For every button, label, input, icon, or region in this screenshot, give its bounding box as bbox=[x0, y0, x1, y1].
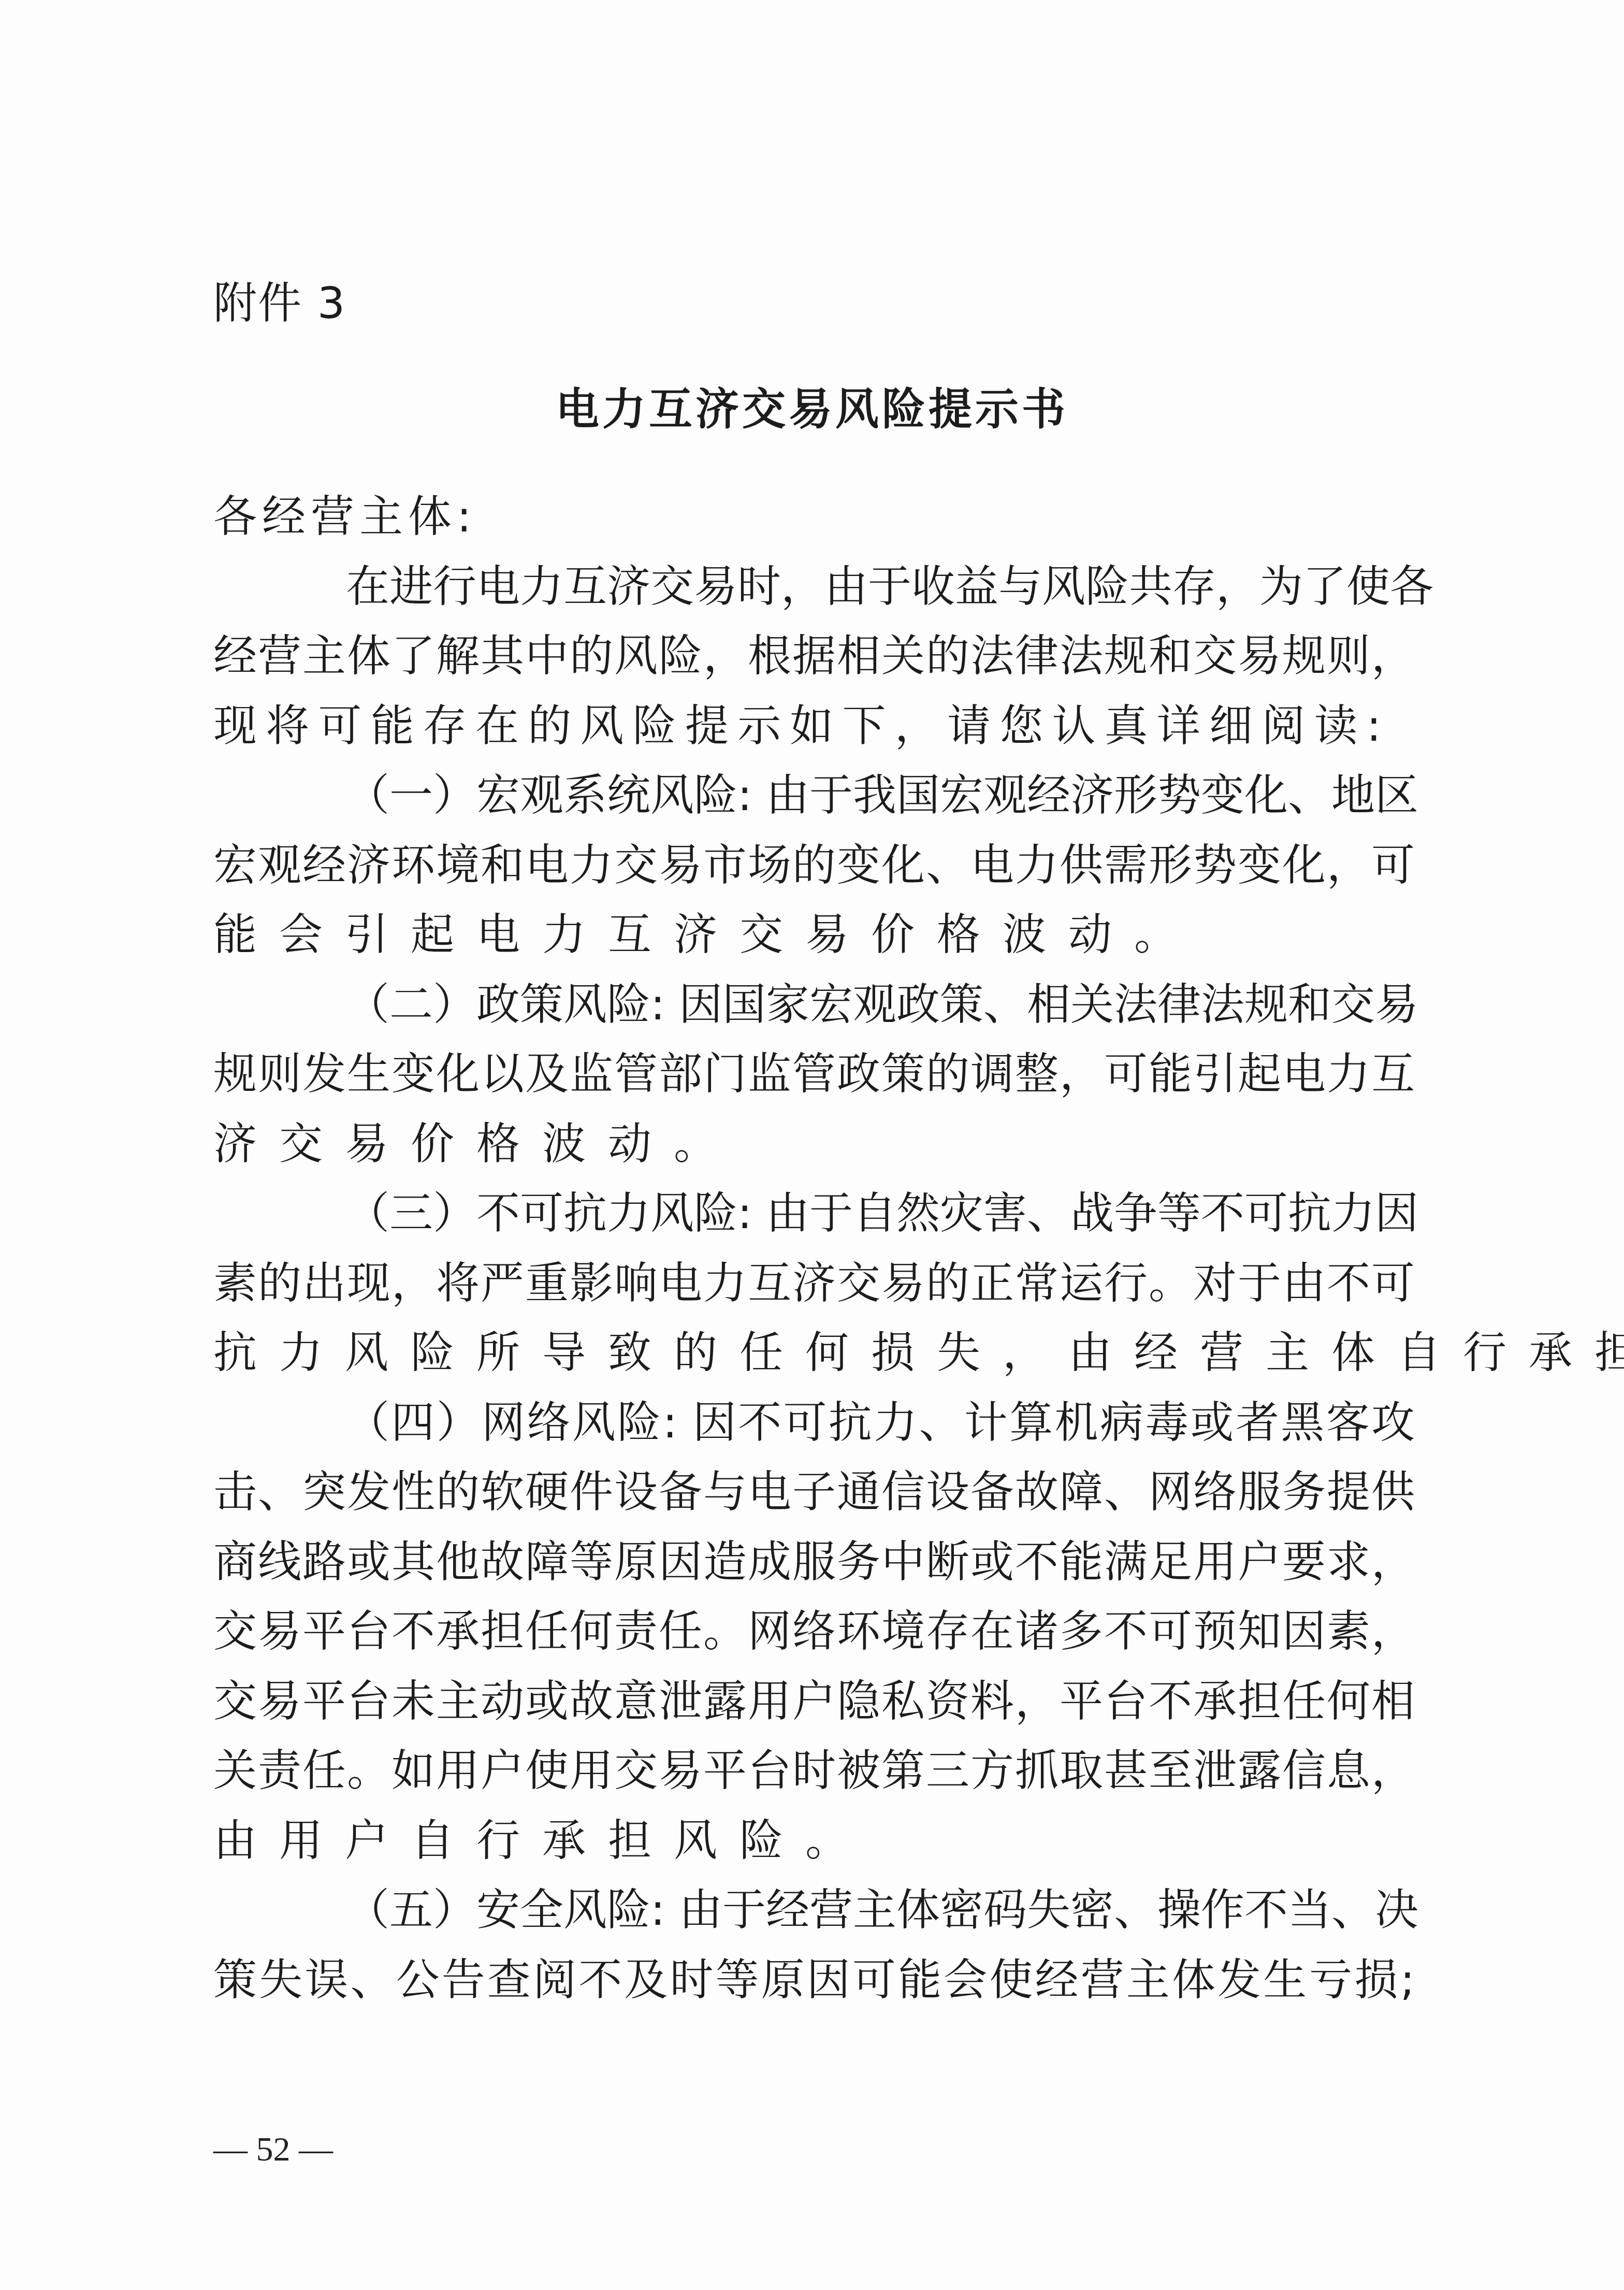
paragraph-line: 宏观经济环境和电力交易市场的变化、电力供需形势变化，可 bbox=[213, 830, 1415, 900]
risk-item-policy: （二）政策风险: 因国家宏观政策、相关法律法规和交易 规则发生变化以及监管部门监… bbox=[213, 970, 1415, 1179]
paragraph-line: 规则发生变化以及监管部门监管政策的调整，可能引起电力互 bbox=[213, 1039, 1415, 1109]
risk-item-network: （四）网络风险: 因不可抗力、计算机病毒或者黑客攻 击、突发性的软硬件设备与电子… bbox=[213, 1388, 1415, 1876]
document-title: 电力互济交易风险提示书 bbox=[0, 381, 1624, 438]
attachment-label: 附件 3 bbox=[213, 275, 346, 332]
salutation: 各经营主体: bbox=[213, 482, 1415, 552]
paragraph-line: 交易平台不承担任何责任。网络环境存在诸多不可预知因素， bbox=[213, 1596, 1415, 1666]
document-page: 附件 3 电力互济交易风险提示书 各经营主体: 在进行电力互济交易时，由于收益与… bbox=[0, 0, 1624, 2290]
paragraph-line: 由用户自行承担风险。 bbox=[213, 1806, 1415, 1876]
paragraph-line: 关责任。如用户使用交易平台时被第三方抓取甚至泄露信息， bbox=[213, 1736, 1415, 1806]
intro-paragraph: 在进行电力互济交易时，由于收益与风险共存，为了使各 经营主体了解其中的风险，根据… bbox=[213, 552, 1415, 761]
page-number: — 52 — bbox=[213, 2129, 333, 2170]
risk-item-security: （五）安全风险: 由于经营主体密码失密、操作不当、决 策失误、公告查阅不及时等原… bbox=[213, 1875, 1415, 2014]
paragraph-line: 商线路或其他故障等原因造成服务中断或不能满足用户要求， bbox=[213, 1527, 1415, 1597]
paragraph-line: 在进行电力互济交易时，由于收益与风险共存，为了使各 bbox=[213, 552, 1415, 622]
paragraph-line: 素的出现，将严重影响电力互济交易的正常运行。对于由不可 bbox=[213, 1248, 1415, 1318]
paragraph-line: （三）不可抗力风险: 由于自然灾害、战争等不可抗力因 bbox=[213, 1178, 1415, 1248]
paragraph-line: 能会引起电力互济交易价格波动。 bbox=[213, 900, 1415, 970]
paragraph-line: 现将可能存在的风险提示如下，请您认真详细阅读: bbox=[213, 691, 1381, 761]
paragraph-line: 策失误、公告查阅不及时等原因可能会使经营主体发生亏损; bbox=[213, 1945, 1415, 2015]
document-body: 各经营主体: 在进行电力互济交易时，由于收益与风险共存，为了使各 经营主体了解其… bbox=[213, 482, 1415, 2014]
risk-item-force-majeure: （三）不可抗力风险: 由于自然灾害、战争等不可抗力因 素的出现，将严重影响电力互… bbox=[213, 1178, 1415, 1388]
paragraph-line: 抗力风险所导致的任何损失，由经营主体自行承担。 bbox=[213, 1318, 1415, 1388]
paragraph-line: （一）宏观系统风险: 由于我国宏观经济形势变化、地区 bbox=[213, 760, 1415, 830]
paragraph-line: （四）网络风险: 因不可抗力、计算机病毒或者黑客攻 bbox=[213, 1388, 1415, 1458]
paragraph-line: 济交易价格波动。 bbox=[213, 1109, 1415, 1179]
paragraph-line: （五）安全风险: 由于经营主体密码失密、操作不当、决 bbox=[213, 1875, 1415, 1945]
paragraph-line: 交易平台未主动或故意泄露用户隐私资料，平台不承担任何相 bbox=[213, 1666, 1415, 1736]
paragraph-line: （二）政策风险: 因国家宏观政策、相关法律法规和交易 bbox=[213, 970, 1415, 1040]
paragraph-line: 经营主体了解其中的风险，根据相关的法律法规和交易规则， bbox=[213, 621, 1415, 691]
paragraph-line: 击、突发性的软硬件设备与电子通信设备故障、网络服务提供 bbox=[213, 1457, 1415, 1527]
risk-item-macro-system: （一）宏观系统风险: 由于我国宏观经济形势变化、地区 宏观经济环境和电力交易市场… bbox=[213, 760, 1415, 970]
